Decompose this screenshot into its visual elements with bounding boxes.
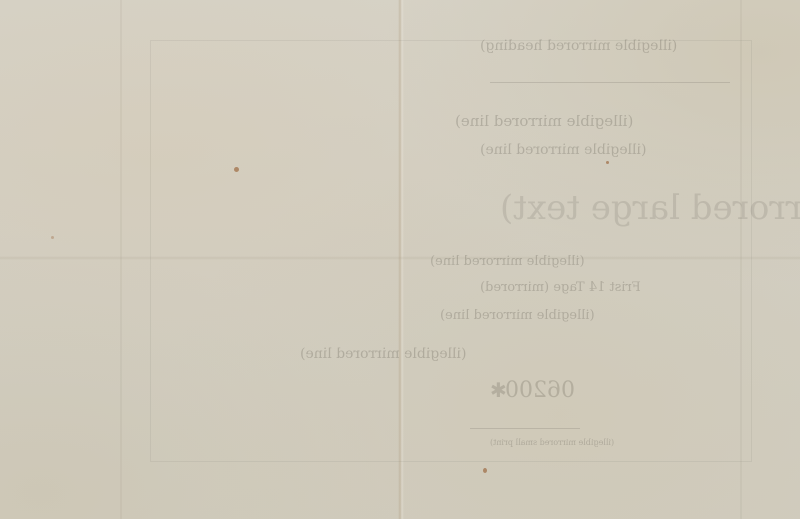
crease [120,0,122,519]
stain-spot [234,167,239,172]
bleed-large-value: (illegible mirrored large text) [500,188,800,228]
bleed-top-line: (illegible mirrored heading) [480,38,677,54]
serial-number: 06200 [505,378,575,403]
stain-spot [483,468,487,473]
printed-frame-ghost [150,40,752,462]
bleed-line-1: (illegible mirrored line) [455,112,633,130]
stain-spot [606,161,609,164]
rule-line [490,82,730,83]
bottom-stamp: (illegible mirrored small print) [490,438,614,447]
bleed-line-4: Frist 14 Tage (mirrored) [480,280,641,295]
stain-spot [51,236,54,239]
bleed-line-5: (illegible mirrored line) [440,308,595,323]
serial-mark-icon: ✱ [490,378,507,402]
rule-line [470,428,580,429]
bleed-line-6: (illegible mirrored line) [300,346,466,362]
bleed-line-2: (illegible mirrored line) [480,142,646,158]
bleed-line-3: (illegible mirrored line) [430,254,585,269]
